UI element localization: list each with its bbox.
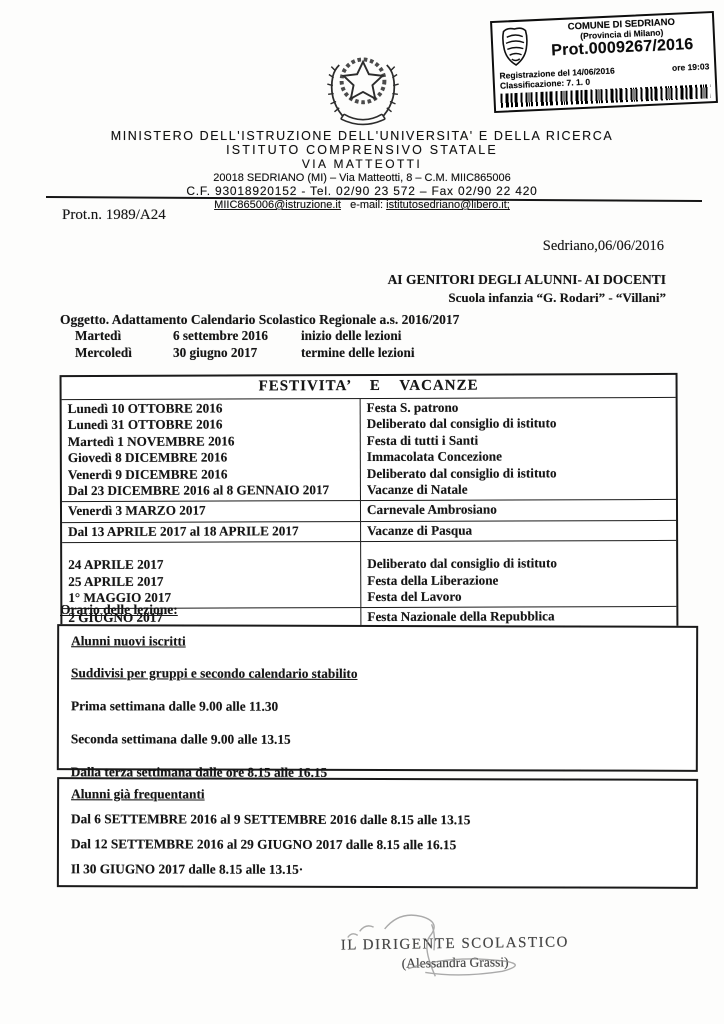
event-label: termine delle lezioni [301,345,415,362]
new-pupils-box: Alunni nuovi iscritti Suddivisi per grup… [57,624,698,772]
holiday-label: Deliberato dal consiglio di istituto [367,555,670,572]
table-row: Venerdì 3 MARZO 2017 Carnevale Ambrosian… [62,500,676,523]
protocol-number: Prot.n. 1989/A24 [62,207,166,224]
holiday-label: Vacanze di Natale [367,481,670,498]
subject-line: Oggetto. Adattamento Calendario Scolasti… [60,312,459,328]
table-row: Dal 13 APRILE 2017 al 18 APRILE 2017 Vac… [62,521,676,544]
scanned-document-page: COMUNE DI SEDRIANO (Provincia di Milano)… [0,0,724,1024]
schedule-line: Il 30 GIUGNO 2017 dalle 8.15 alle 13.15· [71,861,684,879]
holiday-label: Festa della Liberazione [367,572,670,589]
date-label: 6 settembre 2016 [173,328,301,345]
recipients-line-1: AI GENITORI DEGLI ALUNNI- AI DOCENTI [388,272,666,288]
registration-stamp: COMUNE DI SEDRIANO (Provincia di Milano)… [490,11,718,113]
signature-role: IL DIRIGENTE SCOLASTICO [290,934,620,956]
new-pupils-title: Alunni nuovi iscritti [71,633,684,651]
holiday-date: 24 APRILE 2017 [68,556,354,573]
place-date: Sedriano,06/06/2016 [543,238,664,255]
holiday-label: Deliberato dal consiglio di istituto [367,465,670,482]
holiday-label: Festa Nazionale della Repubblica [367,608,670,625]
signature-block: IL DIRIGENTE SCOLASTICO (Alessandra Gras… [290,934,620,974]
recipients-line-2: Scuola infanzia “G. Rodari” - “Villani” [388,290,666,306]
letterhead-email-label: e-mail: [350,199,383,211]
holiday-date: Lunedì 10 OTTOBRE 2016 [68,400,354,417]
day-label: Mercoledì [75,345,173,362]
italian-republic-emblem-icon [323,46,403,130]
holiday-date: Martedì 1 NOVEMBRE 2016 [68,433,354,450]
schedule-line: Prima settimana dalle 9.00 alle 11.30 [71,698,684,716]
holiday-date: Dal 23 DICEMBRE 2016 al 8 GENNAIO 2017 [68,482,354,499]
holiday-date: Giovedì 8 DICEMBRE 2016 [68,449,354,466]
holiday-date: Lunedì 31 OTTOBRE 2016 [68,416,354,433]
holiday-label: Immacolata Concezione [367,448,670,465]
school-year-row: Martedì 6 settembre 2016 inizio delle le… [75,328,415,345]
holiday-label: Festa del Lavoro [367,588,670,605]
holiday-label: Carnevale Ambrosiano [367,501,670,518]
stamp-registration-time: ore 19:03 [672,61,710,73]
letterhead-email-1: MIIC865006@istruzione.it [214,199,341,211]
schedule-line: Dal 6 SETTEMBRE 2016 al 9 SETTEMBRE 2016… [71,811,684,829]
schedule-line: Seconda settimana dalle 9.00 alle 13.15 [71,731,684,749]
holiday-date: Venerdì 9 DICEMBRE 2016 [68,466,354,483]
signature-name: (Alessandra Grassi) [290,953,620,974]
event-label: inizio delle lezioni [301,328,415,345]
holiday-label: Deliberato dal consiglio di istituto [367,415,670,432]
holiday-label: Festa S. patrono [367,399,670,416]
comune-crest-icon [497,24,533,69]
holiday-label: Vacanze di Pasqua [367,522,670,539]
new-pupils-subtitle: Suddivisi per gruppi e secondo calendari… [71,665,684,683]
letterhead-institute: ISTITUTO COMPRENSIVO STATALE [0,143,724,157]
holidays-table-title: FESTIVITA’ E VACANZE [62,375,676,400]
day-label: Martedì [75,328,173,345]
returning-pupils-box: Alunni già frequentanti Dal 6 SETTEMBRE … [57,777,698,889]
letterhead-address: 20018 SEDRIANO (MI) – Via Matteotti, 8 –… [0,172,724,184]
holiday-date: Dal 13 APRILE 2017 al 18 APRILE 2017 [68,523,354,540]
letterhead-ministry: MINISTERO DELL'ISTRUZIONE DELL'UNIVERSIT… [0,129,724,143]
date-label: 30 giugno 2017 [173,345,301,362]
school-year-dates: Martedì 6 settembre 2016 inizio delle le… [75,328,415,361]
letterhead-email-2: istitutosedriano@libero.it; [386,199,510,211]
returning-pupils-title: Alunni già frequentanti [71,786,684,804]
schedule-line: Dal 12 SETTEMBRE 2016 al 29 GIUGNO 2017 … [71,836,684,854]
holiday-date: Venerdì 3 MARZO 2017 [68,502,354,519]
holiday-date: 25 APRILE 2017 [68,573,354,590]
recipients: AI GENITORI DEGLI ALUNNI- AI DOCENTI Scu… [388,272,666,306]
holiday-label: Festa di tutti i Santi [367,432,670,449]
school-year-row: Mercoledì 30 giugno 2017 termine delle l… [75,345,415,362]
orario-heading: Orario delle lezione: [60,602,178,618]
table-row: Lunedì 10 OTTOBRE 2016 Lunedì 31 OTTOBRE… [62,398,676,503]
letterhead-street: VIA MATTEOTTI [0,157,724,171]
